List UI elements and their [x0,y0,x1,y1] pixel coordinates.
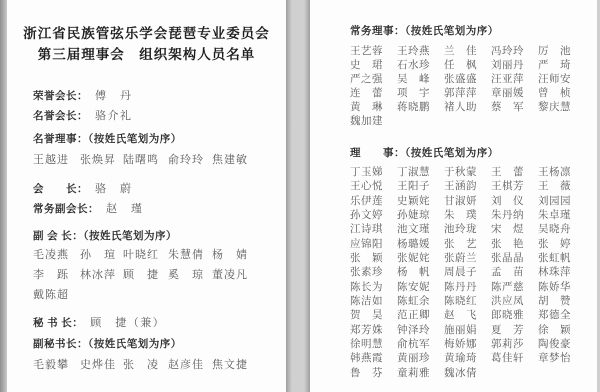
member-name: 史颖姹 [397,195,430,209]
member-row: 戴陈超 [7,288,286,302]
member-name: 吴 峰 [397,73,430,87]
sort-note: （按姓氏笔划为序） [405,26,499,37]
member-name: 乐伊莲 [350,195,383,209]
member-name: 王棋芳 [491,180,524,194]
member-name: 杨 帆 [397,266,430,280]
member-name: 陈晓红 [444,295,477,309]
member-name: 顾 捷 [123,268,159,282]
member-name: 甘淑妍 [444,195,477,209]
member-name: 刘园园 [538,195,571,209]
member-name: 叶晓红 [123,248,159,262]
member-name: 张素珍 [350,266,383,280]
section-heading: 荣誉会长：傅 丹 [7,88,286,102]
left-page: 浙江省民族管弦乐学会琵琶专业委员会 第三届理事会 组织架构人员名单 荣誉会长：傅… [7,0,286,392]
member-row: 张 颖张妮姹张蔚兰张晶晶张虹帆 [310,252,597,266]
member-name: 杨 婧 [212,248,248,262]
member-row: 徐明慧俞杭军梅娇娜郭莉莎陶俊豪 [310,338,597,352]
member-name: 赵彦佳 [168,358,204,372]
member-row: 张素珍杨 帆周晨子孟 苗林珠萍 [310,266,597,280]
member-name: 孙文婷 [350,209,383,223]
member-name: 郭萍萍 [444,87,477,101]
member-name: 王 薇 [538,180,571,194]
member-name: 朱 璞 [444,209,477,223]
member-name: 俞玲玲 [168,153,204,167]
member-name: 张晶晶 [491,252,524,266]
member-name: 严之强 [350,73,383,87]
member-row: 郑芳姝钟泽玲施丽娟夏 芳徐 颖 [310,324,597,338]
member-name: 张 颖 [350,252,383,266]
section-heading: 名誉理事：（按姓氏笔划为序） [7,131,286,145]
member-name: 吴晓舟 [538,223,571,237]
member-name: 连 蕾 [350,87,383,101]
page-gutter [286,0,310,392]
member-row: 乐伊莲史颖姹甘淑妍刘 仪刘园园 [310,195,597,209]
member-name: 于秋蒙 [444,166,477,180]
member-name: 丁淑慧 [397,166,430,180]
member-name: 张盛盛 [444,73,477,87]
member-name: 杨璐媛 [397,238,430,252]
section-value: 傅 丹 [95,90,133,102]
member-name: 童莉雅 [397,367,430,381]
member-name: 池玲珑 [444,223,477,237]
member-row: 王艺蓉王玲燕兰 佳冯玲玲厉 池 [310,45,597,59]
sort-note: （按姓氏笔划为序） [88,134,182,145]
member-name: 王艺蓉 [350,45,383,59]
member-name: 郑芳姝 [350,324,383,338]
member-name: 黎庆慧 [538,101,571,115]
member-name: 焦文捷 [212,358,248,372]
section-heading: 理 事：（按姓氏笔划为序） [310,145,597,159]
member-row: 黄 琳蒋晓鹏褚人助蔡 军黎庆慧 [310,101,597,115]
member-row: 魏加建 [310,115,597,129]
member-name: 张蔚兰 [444,252,477,266]
member-name: 项 宇 [397,87,430,101]
right-page: 常务理事：（按姓氏笔划为序）王艺蓉王玲燕兰 佳冯玲玲厉 池史 珺石水珍任 枫刘丽… [310,0,597,392]
section-heading: 副 会 长：（按姓氏笔划为序） [7,228,286,242]
member-name: 石水珍 [397,59,430,73]
member-name: 王心悦 [350,180,383,194]
member-name: 王杨凛 [538,166,571,180]
member-row: 毛毅攀史烨佳张 凌赵彦佳焦文捷 [7,358,286,372]
member-row: 毛凌燕孙 瑄叶晓红朱慧倩杨 婧 [7,248,286,262]
member-name: 张妮姹 [397,252,430,266]
member-row: 史 珺石水珍任 枫刘丽丹严 琦 [310,59,597,73]
member-name: 魏加建 [350,115,383,129]
member-name: 张 艳 [491,238,524,252]
member-name: 蔡 军 [491,101,524,115]
member-row: 孙文婷孙婕琼朱 璞朱丹纳朱卓瑾 [310,209,597,223]
member-name: 朱丹纳 [491,209,524,223]
member-name: 梅娇娜 [444,338,477,352]
member-name: 朱卓瑾 [538,209,571,223]
member-name: 葛佳轩 [491,352,524,366]
section-label: 副秘书长： [33,339,88,350]
member-name: 蒋晓鹏 [397,101,430,115]
member-name: 陈严慈 [491,281,524,295]
member-name: 赵 飞 [444,309,477,323]
member-name: 丁玉娣 [350,166,383,180]
section-heading: 名誉会长：骆介礼 [7,108,286,122]
member-name: 张 婷 [538,238,571,252]
member-name: 史 珺 [350,59,383,73]
member-name: 范正卿 [397,309,430,323]
member-name: 王玲燕 [397,45,430,59]
member-name: 朱慧倩 [168,248,204,262]
member-name: 毛毅攀 [33,358,69,372]
member-name: 韩燕霞 [350,352,383,366]
member-name: 鲁 芬 [350,367,383,381]
member-row: 王越进张焕昇陆曙鸣俞玲玲焦建敏 [7,153,286,167]
member-name: 黄丽珍 [397,352,430,366]
member-name: 陈虹余 [397,295,430,309]
section-label: 名誉理事： [33,134,88,145]
member-row: 鲁 芬童莉雅魏冰倩 [310,367,597,381]
sort-note: （按姓氏笔划为序） [83,231,177,242]
member-name: 陈丹丹 [444,281,477,295]
section-heading: 常务副会长：赵 瑾 [7,201,286,215]
section-label: 理 事： [350,148,405,159]
member-name: 钟泽玲 [397,324,430,338]
member-name: 林冰萍 [80,268,116,282]
member-name: 王涵韵 [444,180,477,194]
member-name: 刘丽丹 [491,59,524,73]
member-name: 褚人助 [444,101,477,115]
member-name: 徐 颖 [538,324,571,338]
member-name: 汪亚萍 [491,73,524,87]
member-name: 毛凌燕 [33,248,69,262]
member-row: 严之强吴 峰张盛盛汪亚萍汪师安 [310,73,597,87]
member-name: 林珠萍 [538,266,571,280]
member-name: 陈娇华 [538,281,571,295]
member-name: 张 艺 [444,238,477,252]
member-name: 任 枫 [444,59,477,73]
section-heading: 常务理事：（按姓氏笔划为序） [310,23,597,37]
member-name: 李 跞 [33,268,69,282]
member-name: 汪师安 [538,73,571,87]
section-heading: 会 长：骆 蔚 [7,181,286,195]
member-name: 奚 琼 [168,268,204,282]
member-name: 陈长为 [350,281,383,295]
member-name: 黄 琳 [350,101,383,115]
member-row: 陈洁如陈虹余陈晓红洪应凤胡 赞 [310,295,597,309]
member-name: 史烨佳 [80,358,116,372]
member-row: 王心悦王阳子王涵韵王棋芳王 薇 [310,180,597,194]
member-name: 黄瑜琦 [444,352,477,366]
member-row: 李 跞林冰萍顾 捷奚 琼董凌凡 [7,268,286,282]
member-name: 魏冰倩 [444,367,477,381]
sort-note: （按姓氏笔划为序） [405,148,499,159]
member-name: 陈洁如 [350,295,383,309]
section-heading: 副秘书长：（按姓氏笔划为序） [7,336,286,350]
member-name: 张 凌 [123,358,159,372]
member-name: 徐明慧 [350,338,383,352]
member-row: 贺 昊范正卿赵 飞郎晓雅郑德全 [310,309,597,323]
document-title-line1: 浙江省民族管弦乐学会琵琶专业委员会 [7,26,286,42]
member-name: 陈安妮 [397,281,430,295]
member-name: 夏 芳 [491,324,524,338]
member-row: 陈长为陈安妮陈丹丹陈严慈陈娇华 [310,281,597,295]
section-label: 秘 书 长： [33,318,83,329]
section-label: 会 长： [33,184,88,195]
member-name: 郎晓雅 [491,309,524,323]
section-value: 骆 蔚 [95,183,133,195]
section-label: 副 会 长： [33,231,83,242]
section-label: 名誉会长： [33,111,88,122]
member-name: 陆曙鸣 [123,153,159,167]
member-row: 连 蕾项 宇郭萍萍章丽媛曾 桢 [310,87,597,101]
member-name: 孟 苗 [491,266,524,280]
member-name: 严 琦 [538,59,571,73]
member-name: 章丽媛 [491,87,524,101]
member-name: 贺 昊 [350,309,383,323]
section-label: 常务理事： [350,26,405,37]
member-name: 章梦怡 [538,352,571,366]
member-name: 洪应凤 [491,295,524,309]
member-row: 韩燕霞黄丽珍黄瑜琦葛佳轩章梦怡 [310,352,597,366]
section-value: 顾 捷（兼） [90,317,165,329]
member-name: 施丽娟 [444,324,477,338]
document-scan: { "colors": { "page_background": "#fdfdf… [0,0,600,392]
member-name: 郭莉莎 [491,338,524,352]
member-name: 焦建敏 [212,153,248,167]
member-name: 孙 瑄 [80,248,116,262]
member-row: 应锦阳杨璐媛张 艺张 艳张 婷 [310,238,597,252]
document-title-line2: 第三届理事会 组织架构人员名单 [7,47,286,63]
section-value: 赵 瑾 [106,203,144,215]
section-value: 骆介礼 [95,110,133,122]
section-heading: 秘 书 长：顾 捷（兼） [7,315,286,329]
member-name: 江诗琪 [350,223,383,237]
member-row: 江诗琪池文瑾池玲珑宋 煜吴晓舟 [310,223,597,237]
member-row: 丁玉娣丁淑慧于秋蒙王 蕾王杨凛 [310,166,597,180]
sort-note: （按姓氏笔划为序） [88,339,182,350]
member-name: 张虹帆 [538,252,571,266]
member-name: 冯玲玲 [491,45,524,59]
member-name: 曾 桢 [538,87,571,101]
member-name: 胡 赞 [538,295,571,309]
member-name: 王阳子 [397,180,430,194]
member-name: 兰 佳 [444,45,477,59]
member-name: 池文瑾 [397,223,430,237]
member-name: 陶俊豪 [538,338,571,352]
left-edge-strip [0,0,7,392]
member-name: 孙婕琼 [397,209,430,223]
member-name: 戴陈超 [33,288,69,302]
member-name: 王越进 [33,153,69,167]
section-label: 荣誉会长： [33,91,88,102]
member-name: 董凌凡 [212,268,248,282]
member-name: 周晨子 [444,266,477,280]
member-name: 厉 池 [538,45,571,59]
member-name: 应锦阳 [350,238,383,252]
member-name: 张焕昇 [80,153,116,167]
member-name: 王 蕾 [491,166,524,180]
section-label: 常务副会长： [33,204,99,215]
member-name: 郑德全 [538,309,571,323]
member-name: 俞杭军 [397,338,430,352]
member-name: 宋 煜 [491,223,524,237]
member-name: 刘 仪 [491,195,524,209]
